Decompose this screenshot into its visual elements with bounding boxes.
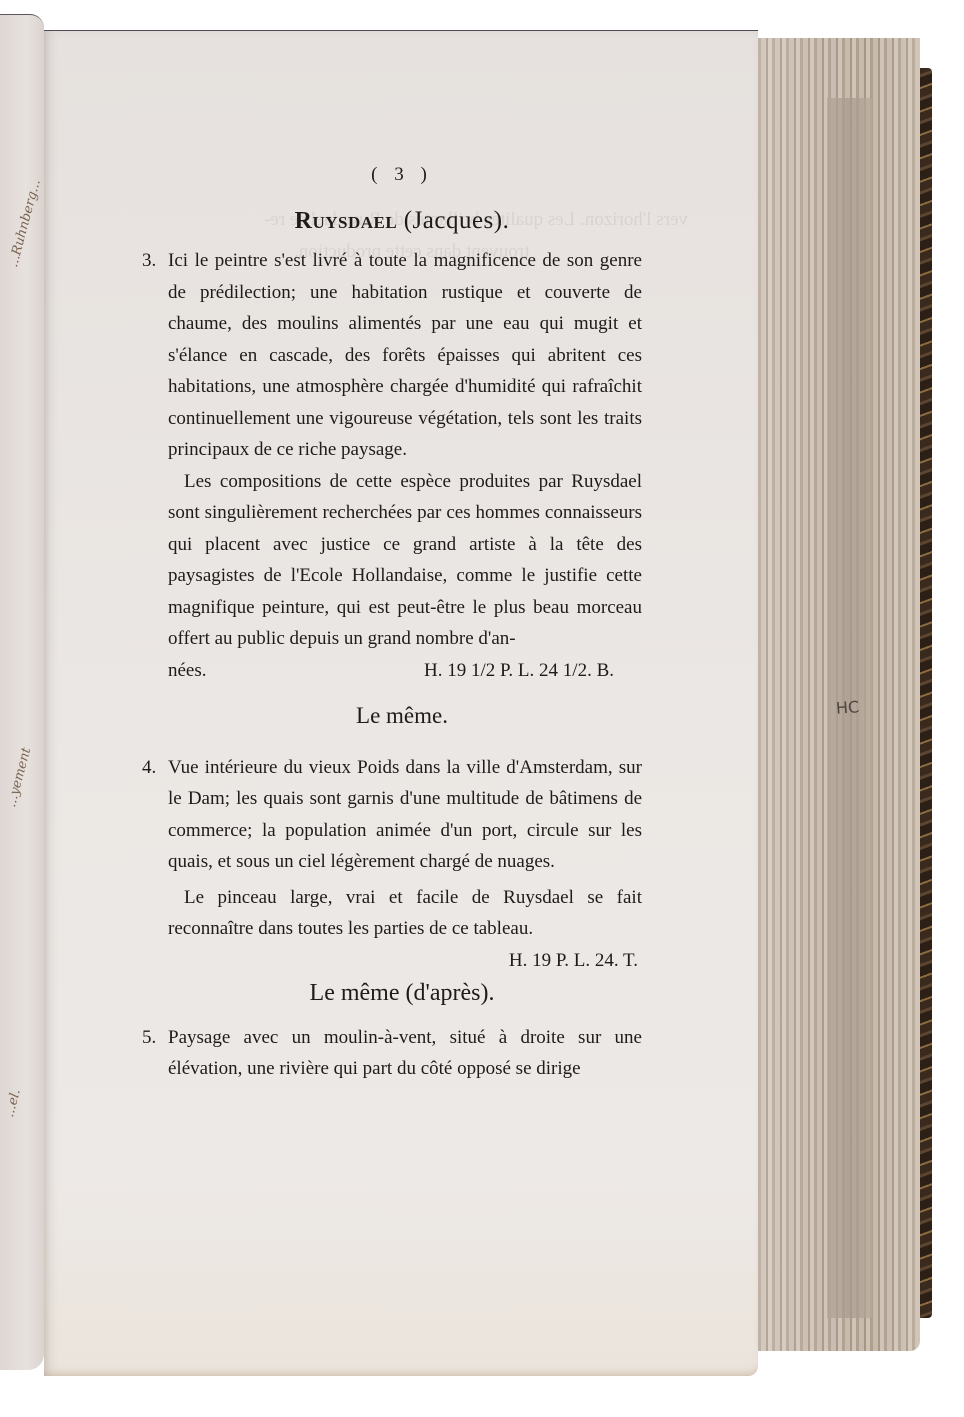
entry-footer: nées. H. 19 1/2 P. L. 24 1/2. B. bbox=[142, 655, 642, 687]
catalogue-entry-3: 3.Ici le peintre s'est livré à toute la … bbox=[142, 245, 642, 466]
catalogue-entry-5: 5.Paysage avec un moulin-à-vent, situé à… bbox=[142, 1022, 642, 1085]
facing-page-left: ...Ruhnberg... ...yement ...el. bbox=[0, 14, 44, 1370]
entry-commentary: Le pinceau large, vrai et facile de Ruys… bbox=[142, 882, 642, 945]
entry-number: 3. bbox=[142, 245, 168, 277]
dimensions: H. 19 P. L. 24. T. bbox=[142, 945, 642, 977]
catalogue-entry-4: 4.Vue intérieure du vieux Poids dans la … bbox=[142, 752, 642, 878]
entry-description: Vue intérieure du vieux Poids dans la vi… bbox=[168, 757, 642, 873]
section-heading: Le même (d'après). bbox=[162, 978, 642, 1010]
section-heading: Le même. bbox=[162, 700, 642, 732]
book-page: vers l'horizon. Les qualités brillantes … bbox=[44, 30, 758, 1376]
entry-description: Ici le peintre s'est livré à toute la ma… bbox=[168, 250, 642, 460]
handwritten-note-2: ...yement bbox=[4, 746, 34, 809]
dimensions: H. 19 1/2 P. L. 24 1/2. B. bbox=[424, 655, 642, 687]
entry-description: Paysage avec un moulin-à-vent, situé à d… bbox=[168, 1027, 642, 1080]
page-fore-edges: HC bbox=[752, 38, 920, 1351]
pencil-mark: HC bbox=[835, 697, 859, 718]
entry-commentary: Les compositions de cette espèce produit… bbox=[142, 466, 642, 655]
entry-number: 5. bbox=[142, 1022, 168, 1054]
commentary-end: nées. bbox=[168, 655, 207, 687]
artist-name: Ruysdael bbox=[295, 208, 398, 234]
handwritten-note-3: ...el. bbox=[2, 1088, 24, 1119]
artist-first-name: (Jacques). bbox=[404, 207, 510, 234]
page-text: ( 3 ) Ruysdael (Jacques). 3.Ici le peint… bbox=[142, 159, 642, 1085]
page-number: ( 3 ) bbox=[142, 159, 642, 191]
handwritten-note-1: ...Ruhnberg... bbox=[6, 178, 44, 269]
artist-heading: Ruysdael (Jacques). bbox=[162, 205, 642, 238]
entry-number: 4. bbox=[142, 752, 168, 784]
